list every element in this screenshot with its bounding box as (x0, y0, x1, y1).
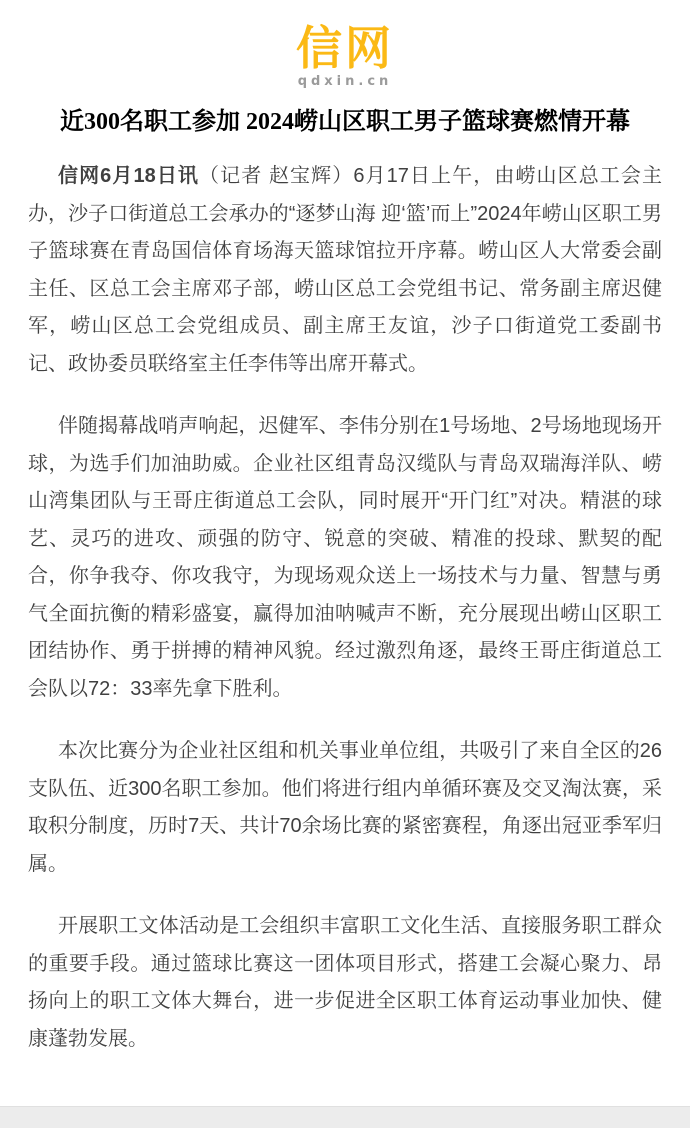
paragraph-3: 本次比赛分为企业社区组和机关事业单位组，共吸引了来自全区的26支队伍、近300名… (28, 733, 662, 883)
logo-wordmark: 信网 (296, 24, 394, 72)
paragraph-1-text: （记者 赵宝辉）6月17日上午，由崂山区总工会主办，沙子口街道总工会承办的“逐梦… (28, 165, 662, 375)
footer-strip (0, 1106, 690, 1128)
paragraph-1-lead: 信网6月18日讯 (58, 165, 199, 187)
article-page: { "brand": { "logo_text": "信网", "logo_do… (0, 0, 690, 1128)
paragraph-4: 开展职工文体活动是工会组织丰富职工文化生活、直接服务职工群众的重要手段。通过篮球… (28, 908, 662, 1058)
site-logo[interactable]: 信网 qdxin.cn (296, 24, 394, 89)
paragraph-1: 信网6月18日讯（记者 赵宝辉）6月17日上午，由崂山区总工会主办，沙子口街道总… (28, 158, 662, 383)
logo-domain-text: qdxin.cn (296, 74, 394, 89)
article-title: 近300名职工参加 2024崂山区职工男子篮球赛燃情开幕 (10, 106, 680, 138)
article-body: 信网6月18日讯（记者 赵宝辉）6月17日上午，由崂山区总工会主办，沙子口街道总… (0, 158, 690, 1058)
paragraph-2: 伴随揭幕战哨声响起，迟健军、李伟分别在1号场地、2号场地现场开球，为选手们加油助… (28, 408, 662, 708)
site-header: 信网 qdxin.cn (0, 0, 690, 90)
